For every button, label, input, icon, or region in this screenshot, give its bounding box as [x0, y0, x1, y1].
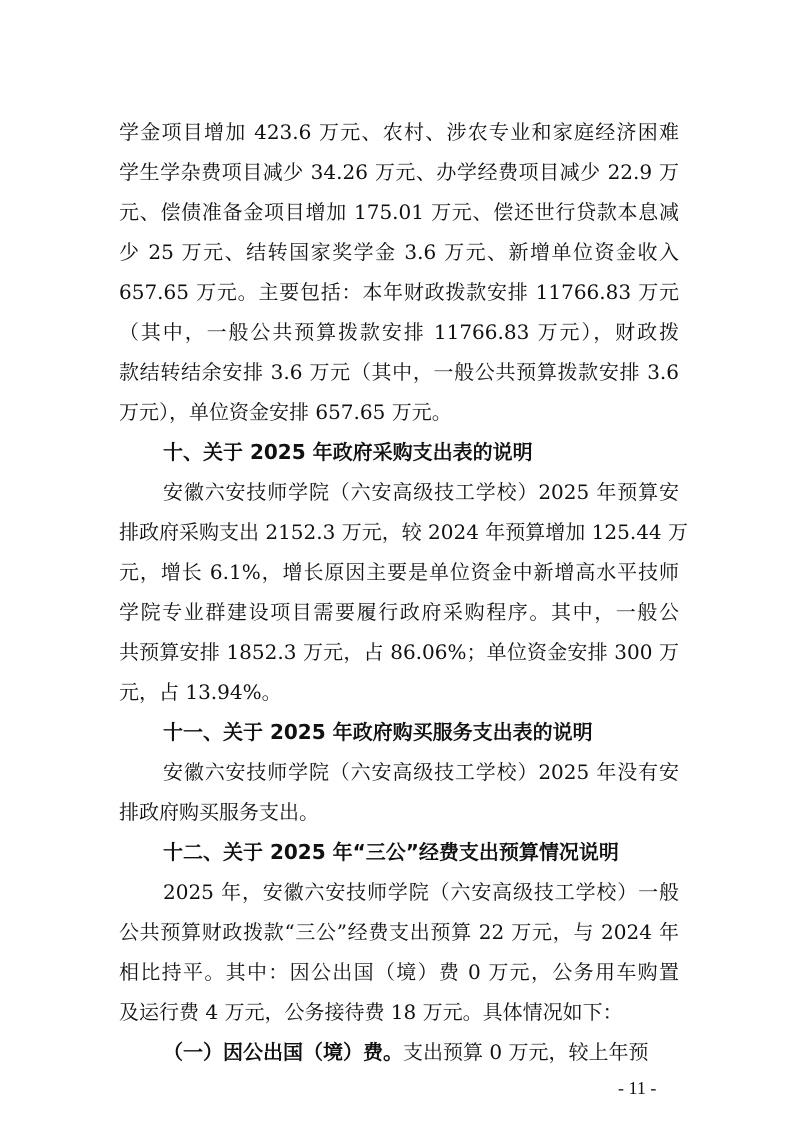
body-line: 安徽六安技师学院（六安高级技工学校）2025 年没有安	[163, 758, 679, 786]
body-line: 学院专业群建设项目需要履行政府采购程序。其中，一般公	[119, 598, 679, 626]
body-line: 万元），单位资金安排 657.65 万元。	[119, 398, 679, 426]
body-line: 共预算安排 1852.3 万元，占 86.06%；单位资金安排 300 万	[119, 638, 679, 666]
body-line: 2025 年，安徽六安技师学院（六安高级技工学校）一般	[163, 878, 679, 906]
subsection-line: （一）因公出国（境）费。支出预算 0 万元，较上年预	[163, 1038, 679, 1066]
body-line: 元，占 13.94%。	[119, 678, 679, 706]
body-line: 款结转结余安排 3.6 万元（其中，一般公共预算拨款安排 3.6	[119, 358, 679, 386]
subsection-text: 支出预算 0 万元，较上年预	[403, 1040, 648, 1064]
body-line: 相比持平。其中：因公出国（境）费 0 万元，公务用车购置	[119, 958, 679, 986]
section-heading-11: 十一、关于 2025 年政府购买服务支出表的说明	[163, 718, 679, 746]
body-line: 公共预算财政拨款“三公”经费支出预算 22 万元，与 2024 年	[119, 918, 679, 946]
body-line: （其中，一般公共预算拨款安排 11766.83 万元），财政拨	[119, 318, 679, 346]
body-line: 及运行费 4 万元，公务接待费 18 万元。具体情况如下：	[119, 998, 679, 1026]
body-line: 排政府购买服务支出。	[119, 798, 679, 826]
body-line: 元、偿债准备金项目增加 175.01 万元、偿还世行贷款本息减	[119, 198, 679, 226]
body-line: 安徽六安技师学院（六安高级技工学校）2025 年预算安	[163, 478, 679, 506]
section-heading-12: 十二、关于 2025 年“三公”经费支出预算情况说明	[163, 838, 679, 866]
subsection-lead: （一）因公出国（境）费。	[163, 1040, 403, 1064]
body-line: 少 25 万元、结转国家奖学金 3.6 万元、新增单位资金收入	[119, 238, 679, 266]
document-page: 学金项目增加 423.6 万元、农村、涉农专业和家庭经济困难 学生学杂费项目减少…	[0, 0, 793, 1122]
body-line: 元，增长 6.1%，增长原因主要是单位资金中新增高水平技师	[119, 558, 679, 586]
body-line: 657.65 万元。主要包括：本年财政拨款安排 11766.83 万元	[119, 278, 679, 306]
body-line: 学生学杂费项目减少 34.26 万元、办学经费项目减少 22.9 万	[119, 158, 679, 186]
page-number: - 11 -	[618, 1078, 656, 1099]
body-line: 排政府采购支出 2152.3 万元，较 2024 年预算增加 125.44 万	[119, 518, 679, 546]
body-line: 学金项目增加 423.6 万元、农村、涉农专业和家庭经济困难	[119, 118, 679, 146]
section-heading-10: 十、关于 2025 年政府采购支出表的说明	[163, 438, 679, 466]
